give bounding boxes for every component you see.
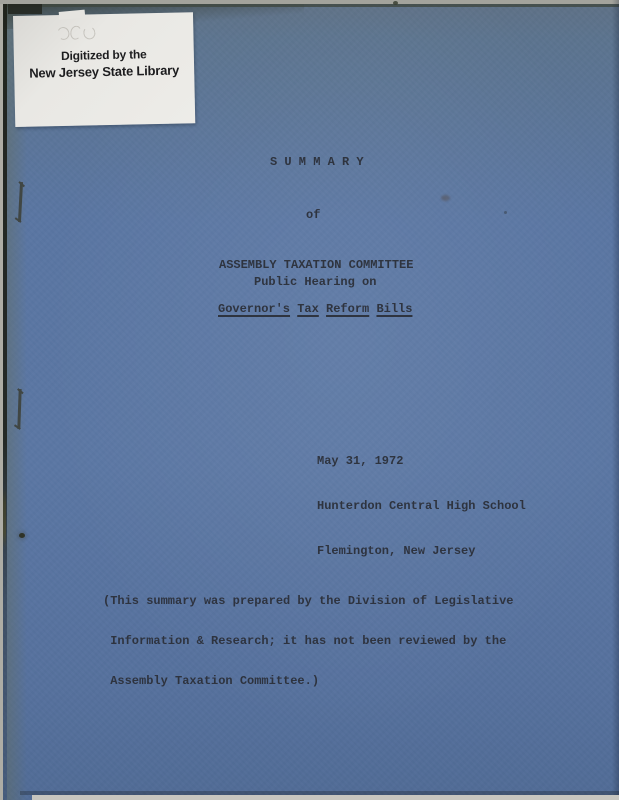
scanned-cover-page: Digitized by the New Jersey State Librar… xyxy=(0,0,619,800)
scanner-edge-left xyxy=(0,0,3,800)
pencil-marking xyxy=(57,22,97,41)
sticker-fold xyxy=(59,10,86,20)
ink-speck xyxy=(19,533,25,538)
title-preposition: of xyxy=(306,209,320,222)
sticker-line2: New Jersey State Library xyxy=(14,61,194,82)
sticker-text: Digitized by the New Jersey State Librar… xyxy=(14,46,195,82)
note-line: (This summary was prepared by the Divisi… xyxy=(103,595,513,608)
subject-word: Tax xyxy=(297,302,319,316)
note-line: Information & Research; it has not been … xyxy=(103,635,513,648)
hearing-subject: Governor's Tax Reform Bills xyxy=(218,303,412,316)
note-line: Assembly Taxation Committee.) xyxy=(103,675,513,688)
event-venue: Hunterdon Central High School xyxy=(317,499,526,514)
subject-word: Reform xyxy=(326,302,369,316)
subject-word: Governor's xyxy=(218,302,290,316)
page-edge-right xyxy=(612,0,619,800)
binding-edge xyxy=(3,0,7,800)
document-title: S U M M A R Y xyxy=(270,156,364,169)
ink-speck xyxy=(393,1,398,5)
subject-word: Bills xyxy=(376,302,412,316)
preparation-note: (This summary was prepared by the Divisi… xyxy=(103,568,513,715)
hearing-type: Public Hearing on xyxy=(254,276,376,289)
event-details: May 31, 1972 Hunterdon Central High Scho… xyxy=(317,424,526,589)
event-date: May 31, 1972 xyxy=(317,454,526,469)
scanner-edge-bottom xyxy=(32,795,619,800)
cover-corner-dark-patch xyxy=(8,3,42,14)
event-city: Flemington, New Jersey xyxy=(317,544,526,559)
ink-speck xyxy=(504,211,507,214)
library-sticker: Digitized by the New Jersey State Librar… xyxy=(13,12,195,127)
scanner-edge-top xyxy=(0,0,619,4)
smudge xyxy=(441,195,450,201)
committee-name: ASSEMBLY TAXATION COMMITTEE xyxy=(219,259,413,272)
